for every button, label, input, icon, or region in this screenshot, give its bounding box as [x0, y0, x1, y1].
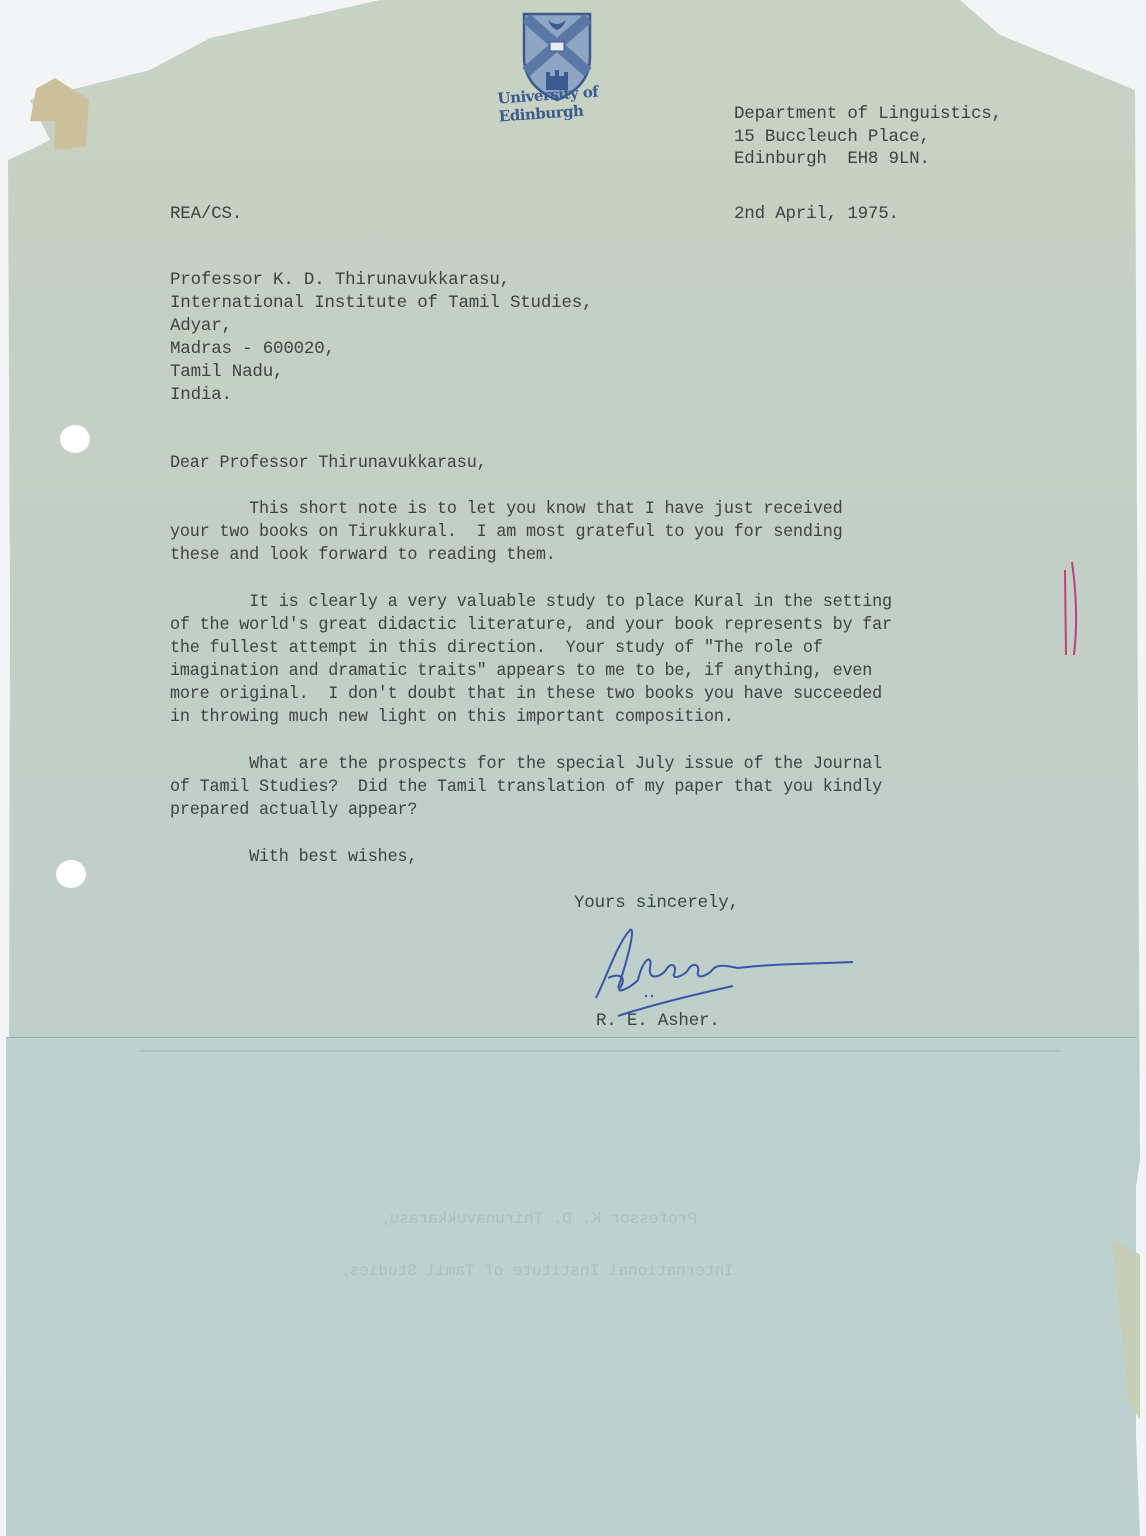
body-line: these and look forward to reading them.: [170, 544, 556, 567]
red-pen-margin-mark-icon: [1060, 560, 1084, 660]
show-through-text: International Institute of Tamil Studies…: [340, 1262, 734, 1280]
recipient-line: Adyar,: [170, 315, 232, 338]
signatory-name: R. E. Asher.: [596, 1010, 720, 1033]
body-line: This short note is to let you know that …: [170, 498, 843, 521]
letterhead-address-line-2: 15 Buccleuch Place,: [734, 126, 930, 149]
salutation: Dear Professor Thirunavukkarasu,: [170, 452, 486, 475]
letter-date: 2nd April, 1975.: [734, 203, 899, 226]
body-line: the fullest attempt in this direction. Y…: [170, 637, 823, 660]
recipient-line: Professor K. D. Thirunavukkarasu,: [170, 269, 510, 292]
body-line: prepared actually appear?: [170, 799, 417, 822]
body-line: of the world's great didactic literature…: [170, 614, 892, 637]
show-through-text: Professor K. D. Thirunavukkarasu,: [380, 1210, 697, 1228]
punch-hole-bottom: [56, 860, 86, 888]
punch-hole-top: [60, 425, 90, 453]
recipient-line: International Institute of Tamil Studies…: [170, 292, 592, 315]
body-line: your two books on Tirukkural. I am most …: [170, 521, 843, 544]
closing-wish: With best wishes,: [170, 846, 417, 869]
recipient-line: Madras - 600020,: [170, 338, 335, 361]
body-line: in throwing much new light on this impor…: [170, 706, 734, 729]
recipient-line: India.: [170, 384, 232, 407]
fold-crease: [140, 1050, 1060, 1052]
letterhead-address-line-1: Department of Linguistics,: [734, 103, 1002, 126]
body-line: It is clearly a very valuable study to p…: [170, 591, 892, 614]
body-line: imagination and dramatic traits" appears…: [170, 660, 872, 683]
reference-code: REA/CS.: [170, 203, 242, 226]
folded-lower-section: [6, 1037, 1136, 1536]
body-line: of Tamil Studies? Did the Tamil translat…: [170, 776, 882, 799]
complimentary-close: Yours sincerely,: [574, 892, 739, 915]
body-line: more original. I don't doubt that in the…: [170, 683, 882, 706]
body-line: What are the prospects for the special J…: [170, 753, 882, 776]
recipient-line: Tamil Nadu,: [170, 361, 283, 384]
letterhead-address-line-3: Edinburgh EH8 9LN.: [734, 148, 930, 171]
